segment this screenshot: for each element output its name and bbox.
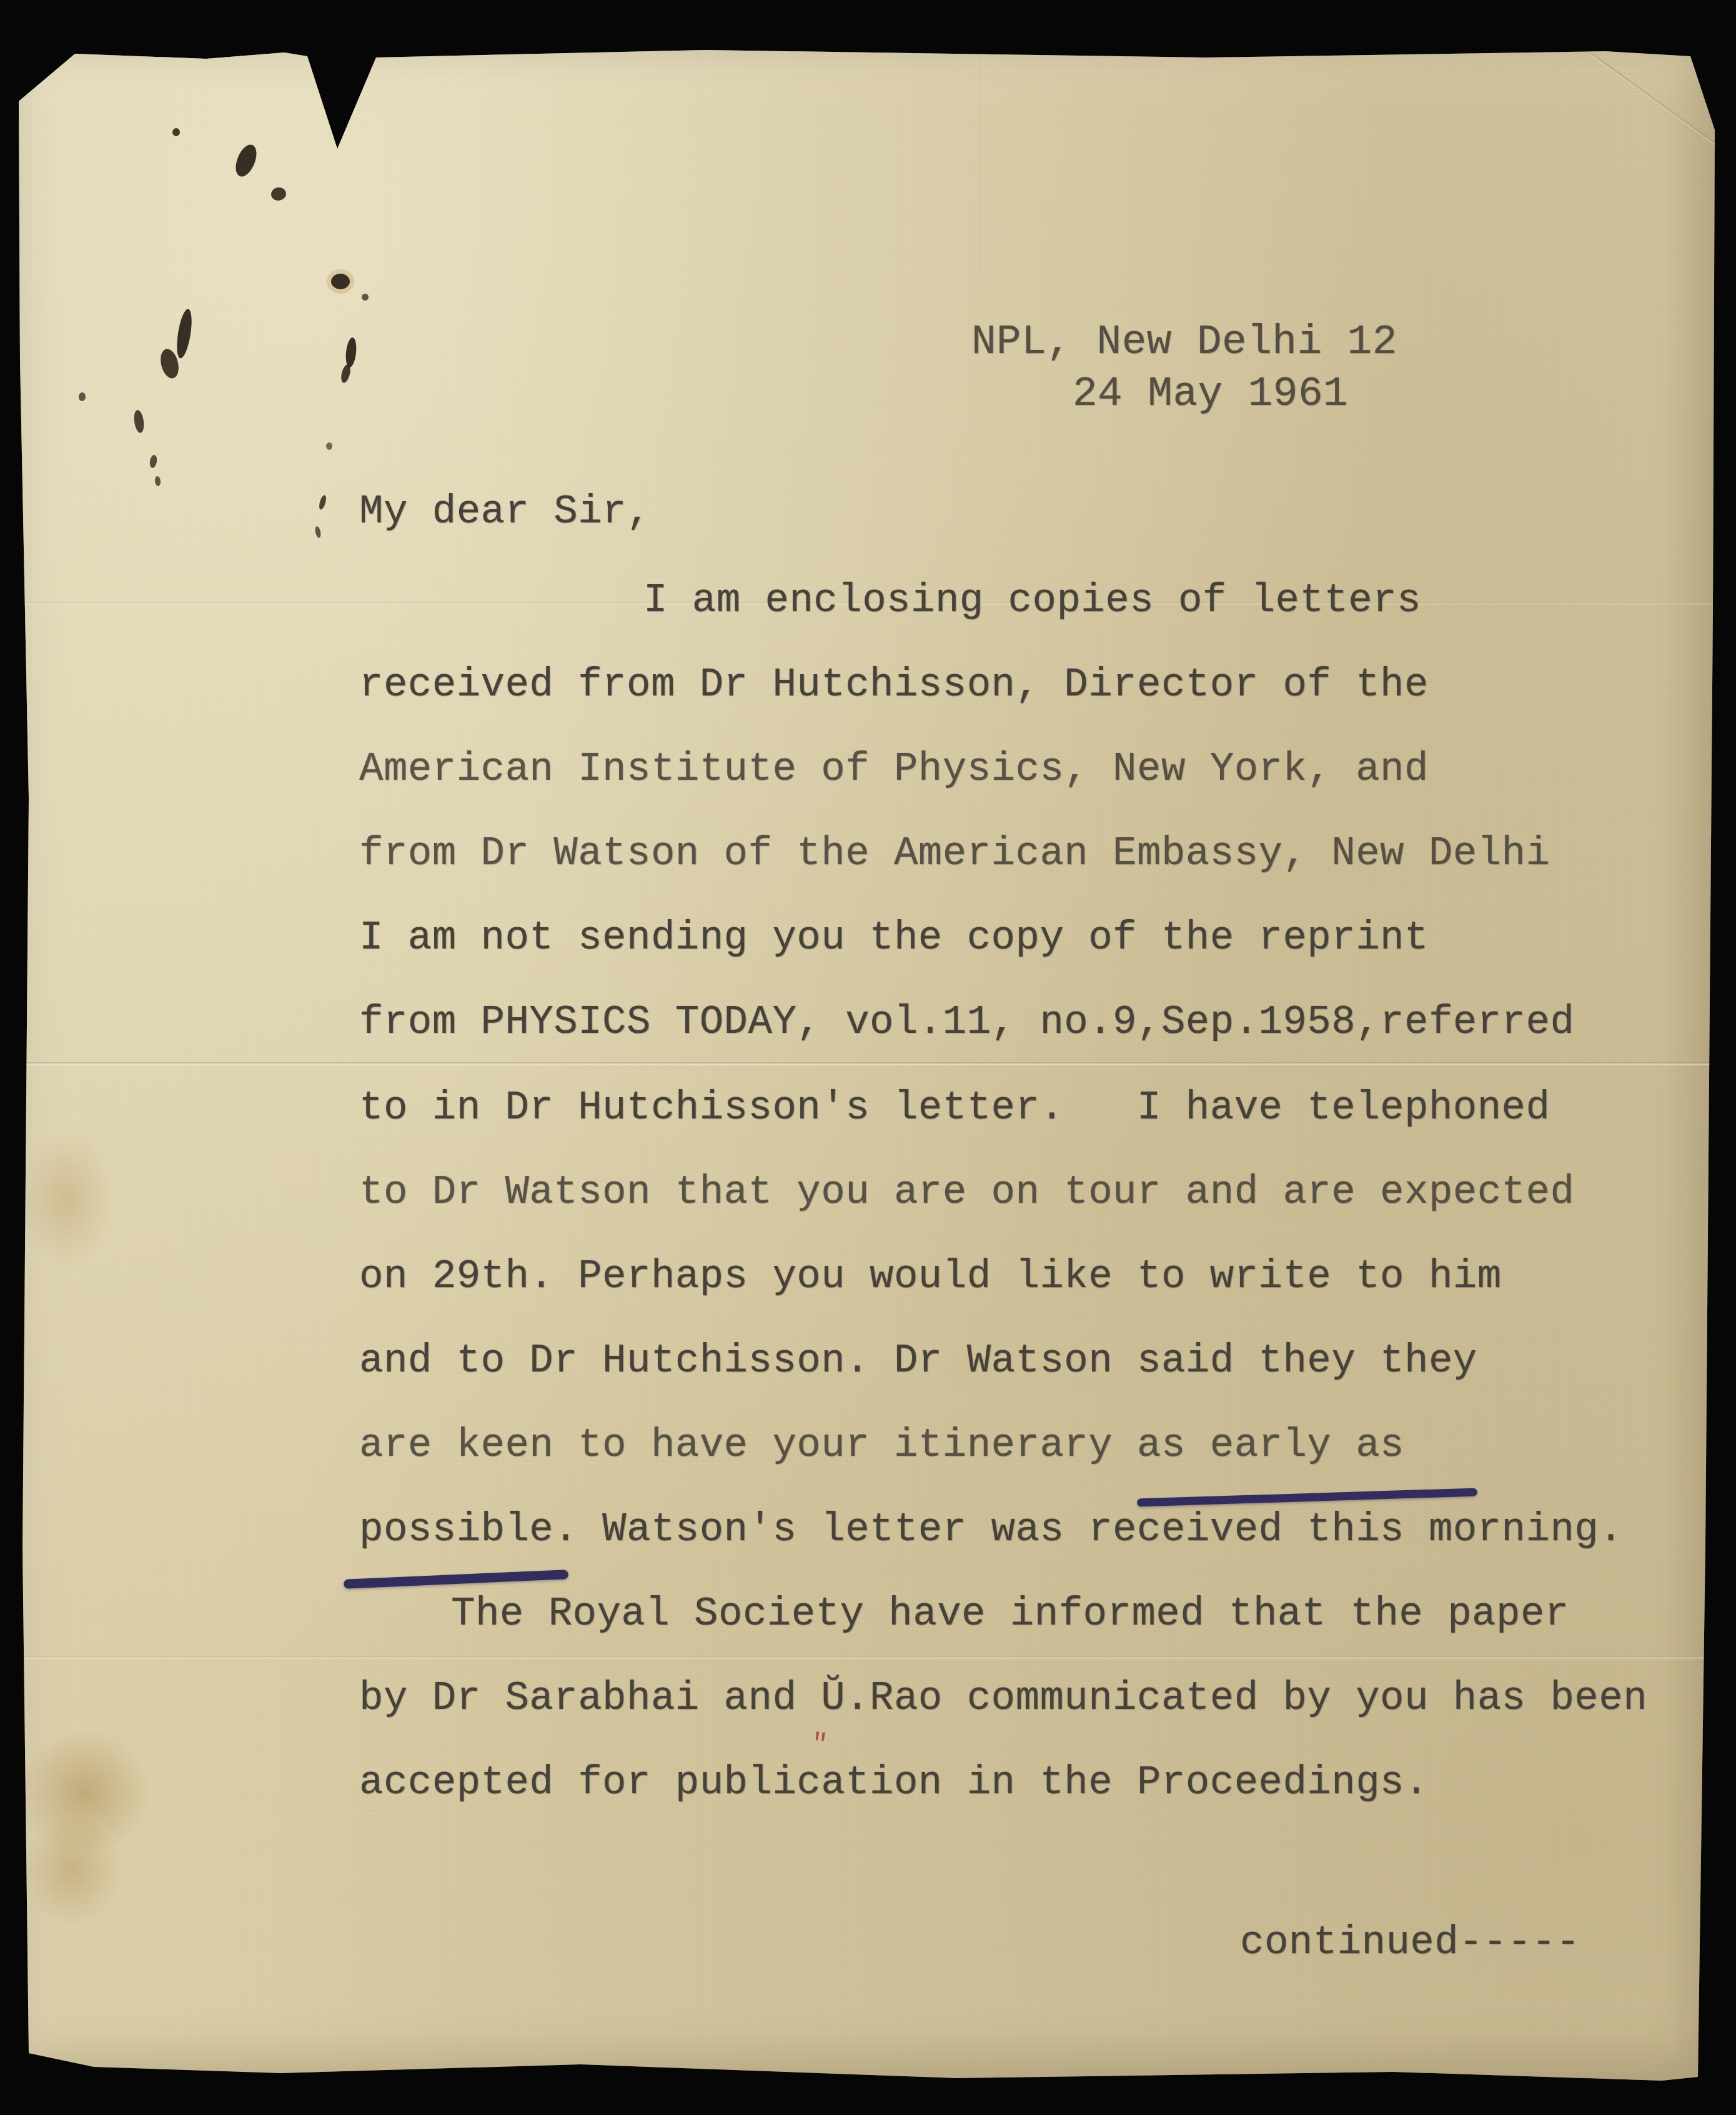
ink-spot <box>174 308 194 359</box>
fold-crease-bottom <box>19 1656 1715 1660</box>
burn-spot <box>331 274 350 289</box>
stain <box>22 1814 122 1926</box>
letter-line: to Dr Watson that you are on tour and ar… <box>359 1173 1574 1213</box>
ink-underline-as-early-as <box>1137 1488 1477 1506</box>
stain <box>20 1130 114 1267</box>
ink-spot <box>132 409 145 434</box>
letter-line: to in Dr Hutchisson's letter. I have tel… <box>359 1088 1550 1128</box>
letter-line: are keen to have your itinerary as early… <box>359 1426 1404 1466</box>
ink-spot <box>340 364 352 384</box>
letter-line: and to Dr Hutchisson. Dr Watson said the… <box>359 1341 1477 1381</box>
fold-crease-middle <box>19 1062 1715 1066</box>
vertical-crease <box>980 51 982 276</box>
letterhead-date: 24 May 1961 <box>1073 374 1348 415</box>
ink-spot <box>79 392 86 401</box>
letter-line: on 29th. Perhaps you would like to write… <box>359 1257 1502 1297</box>
ink-spot <box>314 525 322 538</box>
letter-line: accepted for publication in the Proceedi… <box>359 1763 1429 1803</box>
ink-spot <box>149 454 157 469</box>
letter-line: possible. Watson's letter was received t… <box>359 1510 1623 1550</box>
letter-line: I am not sending you the copy of the rep… <box>359 918 1429 958</box>
ink-underline-possible <box>344 1570 568 1589</box>
letter-line: American Institute of Physics, New York,… <box>359 750 1429 790</box>
ink-spot <box>345 337 358 367</box>
ink-spot <box>270 186 287 202</box>
corner-crease <box>1592 54 1730 155</box>
letter-line: The Royal Society have informed that the… <box>451 1595 1569 1635</box>
letter-line: I am enclosing copies of letters <box>643 581 1421 621</box>
ink-spot <box>326 442 332 450</box>
letter-line: from PHYSICS TODAY, vol.11, no.9,Sep.195… <box>359 1003 1574 1043</box>
ink-spot <box>362 294 369 301</box>
ink-spot <box>172 128 180 136</box>
letter-line: received from Dr Hutchisson, Director of… <box>359 665 1429 705</box>
rao-correction-mark: " <box>809 1728 830 1761</box>
ink-spot <box>232 142 260 180</box>
ink-spot <box>318 494 327 510</box>
letter-line: by Dr Sarabhai and Ŭ.Rao communicated by… <box>359 1679 1647 1719</box>
letterhead-address: NPL, New Delhi 12 <box>971 322 1397 363</box>
continued-label: continued----- <box>1240 1923 1580 1963</box>
ink-spot <box>154 476 161 487</box>
scanned-letter: NPL, New Delhi 12 24 May 1961 My dear Si… <box>0 0 1736 2115</box>
letter-line: from Dr Watson of the American Embassy, … <box>359 834 1550 874</box>
letter-paper: NPL, New Delhi 12 24 May 1961 My dear Si… <box>19 49 1715 2081</box>
salutation: My dear Sir, <box>359 492 651 532</box>
